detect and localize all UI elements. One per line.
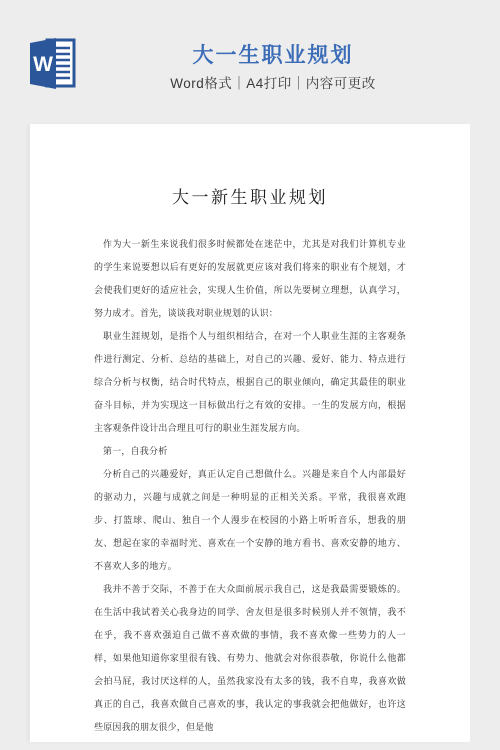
word-logo-graphic: W — [30, 37, 76, 90]
document-page: 大一新生职业规划 作为大一新生来说我们很多时候都处在迷茫中，尤其是对我们计算机专… — [30, 124, 470, 742]
template-subtitle: Word格式｜A4打印｜内容可更改 — [46, 77, 500, 91]
paragraph-intro: 作为大一新生来说我们很多时候都处在迷茫中，尤其是对我们计算机专业的学生来说要想以… — [94, 233, 406, 325]
header-text-block: 大一生职业规划 Word格式｜A4打印｜内容可更改 — [46, 0, 500, 91]
paragraph-interests: 分析自己的兴趣爱好，真正认定自己想做什么。兴趣是来自个人内部最好的驱动力，兴趣与… — [94, 463, 406, 578]
header: W 大一生职业规划 Word格式｜A4打印｜内容可更改 — [0, 0, 500, 124]
template-title: 大一生职业规划 — [46, 45, 500, 66]
paragraph-section-heading: 第一，自我分析 — [94, 440, 406, 463]
word-icon: W — [30, 37, 76, 90]
word-letter: W — [33, 53, 53, 76]
document-title: 大一新生职业规划 — [94, 183, 406, 208]
paragraph-definition: 职业生涯规划，是指个人与组织相结合，在对一个人职业生涯的主客观条件进行测定、分析… — [94, 325, 406, 440]
document-body: 作为大一新生来说我们很多时候都处在迷茫中，尤其是对我们计算机专业的学生来说要想以… — [94, 233, 406, 739]
template-preview-screen: W 大一生职业规划 Word格式｜A4打印｜内容可更改 大一新生职业规划 作为大… — [0, 0, 500, 750]
paragraph-personality: 我并不善于交际，不善于在大众面前展示我自己，这是我最需要锻炼的。在生活中我试着关… — [94, 578, 406, 739]
